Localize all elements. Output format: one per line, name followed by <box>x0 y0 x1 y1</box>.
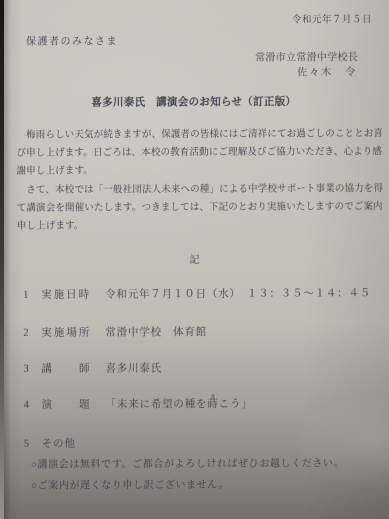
item-number: 3 <box>23 364 41 375</box>
item-number: 4 <box>24 400 42 411</box>
item-value: 常滑中学校 体育館 <box>105 327 207 338</box>
list-item-lecturer: 3講 師喜多川泰氏 <box>0 360 162 376</box>
document-title: 喜多川泰氏 講演会のお知らせ（訂正版） <box>0 93 388 110</box>
ruby-base: 蒔ま <box>207 399 218 410</box>
body-line: 梅雨らしい天気が続きますが、保護者の皆様にはご清祥にてお過ごしのこととお喜 <box>16 125 378 145</box>
item-value: 「未来に希望の種を蒔まこう」 <box>106 399 253 411</box>
item-label: 実施場所 <box>41 324 89 339</box>
item-value-prefix: 「未来に希望の種を <box>106 399 208 410</box>
list-item-location: 2実施場所常滑中学校 体育館 <box>0 324 207 340</box>
list-item-other: 5その他 <box>1 436 76 451</box>
note-free-admission: ○講演会は無料です。ご都合がよろしければぜひお越しください。 <box>31 454 344 470</box>
addressee: 保護者のみなさま <box>26 32 118 47</box>
sender-title: 常滑市立常滑中学校長 <box>255 48 358 63</box>
sender-name: 佐々木 令 <box>297 63 357 78</box>
item-value: 令和元年７月１０日（水） １３：３５～１４：４５ <box>105 288 371 300</box>
item-value-suffix: こう」 <box>219 399 253 410</box>
item-label: 演 題 <box>42 396 90 411</box>
body-line: て講演会を開催いたします。つきましては、下記のとおり実施いたしますのでご案内 <box>17 198 379 218</box>
note-apology: ○ご案内が遅くなり申し訳ございません。 <box>31 476 229 492</box>
body-line: さて、本校では「一般社団法人未来への種」による中学校サポート事業の協力を得 <box>17 180 379 200</box>
item-number: 2 <box>23 328 41 339</box>
item-number: 1 <box>23 290 41 301</box>
body-line: び申し上げます。日ごろは、本校の教育活動にご理解及びご協力いただき、心より感 <box>16 143 378 163</box>
list-item-lecture-title: 4演 題「未来に希望の種を蒔まこう」 <box>1 396 253 412</box>
item-number: 5 <box>24 439 42 450</box>
record-marker: 記 <box>0 250 389 267</box>
item-label: その他 <box>42 439 76 450</box>
body-paragraphs: 梅雨らしい天気が続きますが、保護者の皆様にはご清祥にてお過ごしのこととお喜 び申… <box>16 125 378 236</box>
document-content: 令和元年７月５日 保護者のみなさま 常滑市立常滑中学校長 佐々木 令 喜多川泰氏… <box>0 0 389 519</box>
photographed-notice-document: 令和元年７月５日 保護者のみなさま 常滑市立常滑中学校長 佐々木 令 喜多川泰氏… <box>0 0 389 519</box>
item-value: 喜多川泰氏 <box>105 363 162 374</box>
body-line: 申し上げます。 <box>17 216 379 236</box>
body-line: 謝申し上げます。 <box>17 162 379 182</box>
document-date: 令和元年７月５日 <box>292 11 372 25</box>
item-label: 講 師 <box>41 360 89 375</box>
furigana: ま <box>210 392 216 401</box>
item-label: 実施日時 <box>41 286 89 301</box>
list-item-datetime: 1実施日時令和元年７月１０日（水） １３：３５～１４：４５ <box>0 285 371 302</box>
